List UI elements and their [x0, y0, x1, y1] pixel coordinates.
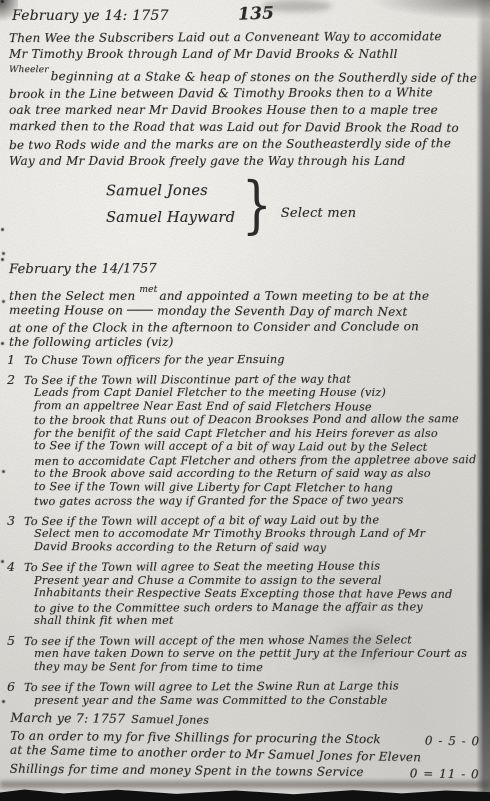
- article-line: to the Brook above said according to the…: [34, 467, 485, 481]
- article-5: 5 To see if the Town will accept of the …: [7, 634, 485, 675]
- article-line: two gates across the way if Granted for …: [34, 493, 485, 508]
- record-line: then the Select men metand appointed a T…: [9, 283, 483, 304]
- account-amount: 0 = 11 - 0: [410, 765, 480, 782]
- record-line: oak tree marked near Mr David Brookes Ho…: [9, 102, 483, 119]
- article-line: they may be Sent for from time to time: [34, 660, 485, 675]
- article-number: 3: [7, 514, 24, 555]
- record-line: the following articles (viz): [9, 335, 483, 350]
- article-line: to See if the Town will accept of a bit …: [34, 439, 485, 454]
- top-right-corner-shadow: [370, 0, 490, 20]
- article-6: 6 To see if the Town will agree to Let t…: [7, 680, 485, 707]
- article-text: To See if the Town will accept of a bit …: [24, 514, 485, 555]
- article-2: 2 To See if the Town will Discontinue pa…: [7, 373, 485, 508]
- selectmen-brace: }: [242, 168, 272, 241]
- way-layout-entry: Then Wee the Subscribers Laid out a Conv…: [9, 29, 483, 169]
- record-line: Way and Mr David Brook freely gave the W…: [9, 153, 483, 170]
- record-line: be two Rods wide and the marks are on th…: [9, 135, 483, 154]
- article-line: To see if the Town will agree to Let the…: [24, 679, 485, 695]
- article-number: 1: [7, 353, 24, 367]
- article-number: 2: [7, 373, 24, 508]
- article-number: 6: [7, 680, 24, 707]
- account-amount: 0 - 5 - 0: [425, 732, 481, 749]
- account-entry-text: Shillings for time and money Spent in th…: [10, 760, 404, 780]
- article-line: to give to the Committee such orders to …: [34, 600, 485, 615]
- article-line: shall think fit when met: [34, 614, 485, 628]
- article-text: To see if the Town will agree to Let the…: [24, 680, 485, 707]
- article-line: To See if the Town will Discontinue part…: [24, 371, 485, 387]
- article-3: 3 To See if the Town will accept of a bi…: [7, 514, 485, 555]
- article-line: Select men to accomodate Mr Timothy Broo…: [34, 527, 485, 541]
- record-line: Wheelerbeginning at a Stake & heap of st…: [9, 62, 483, 87]
- record-line-text: then the Select men: [9, 289, 135, 303]
- record-line: brook in the Line between David & Timoth…: [9, 84, 483, 103]
- record-line: Then Wee the Subscribers Laid out a Conv…: [9, 28, 483, 47]
- article-1: 1 To Chuse Town officers for the year En…: [7, 353, 485, 367]
- record-line: meeting House onmonday the Seventh Day o…: [9, 303, 483, 320]
- article-line: To Chuse Town officers for the year Ensu…: [24, 352, 485, 368]
- record-line: at one of the Clock in the afternoon to …: [9, 319, 483, 336]
- record-line-text: meeting House on: [9, 303, 123, 317]
- account-date: March ye 7: 1757: [10, 710, 125, 726]
- article-line: To See if the Town will agree to Seat th…: [24, 559, 485, 575]
- top-left-corner-shadow: [0, 0, 18, 26]
- interlinear-insertion: Wheeler: [9, 65, 49, 75]
- warrant-articles-list: 1 To Chuse Town officers for the year En…: [7, 353, 485, 713]
- ink-smudge: [262, 0, 332, 12]
- signature-samuel-hayward: Samuel Hayward: [106, 205, 235, 232]
- account-name: Samuel Jones: [131, 713, 209, 727]
- signature-samuel-jones: Samuel Jones: [106, 177, 235, 205]
- article-line: Present year and Chuse a Commite to assi…: [34, 574, 485, 588]
- struck-out-word: [127, 306, 153, 315]
- article-line: for the benifit of the said Capt Fletche…: [34, 427, 485, 441]
- article-line: Inhabitants their Respective Seats Excep…: [34, 586, 485, 601]
- accounts-section: March ye 7: 1757Samuel Jones To an order…: [10, 709, 481, 783]
- article-line: Leads from Capt Daniel Fletcher to the m…: [34, 386, 485, 400]
- article-line: present year and the Same was Committed …: [34, 694, 485, 708]
- article-number: 4: [7, 560, 24, 628]
- right-edge-shadow: [476, 0, 490, 801]
- article-text: To see if the Town will accept of the me…: [24, 634, 485, 675]
- record-line: Mr Timothy Brook through Land of Mr Davi…: [9, 46, 483, 63]
- article-number: 5: [7, 634, 24, 675]
- article-text: To See if the Town will agree to Seat th…: [24, 560, 485, 628]
- bottom-tear-smear: [0, 781, 490, 788]
- selectmen-label: Select men: [281, 206, 356, 221]
- article-4: 4 To See if the Town will agree to Seat …: [7, 560, 485, 628]
- article-text: To See if the Town will Discontinue part…: [24, 373, 485, 508]
- manuscript-page: February ye 14: 1757 135 Then Wee the Su…: [0, 0, 490, 801]
- article-line: to the brook that Runs out of Deacon Bro…: [34, 412, 485, 427]
- warrant-date: February the 14/1757: [9, 260, 483, 277]
- article-line: David Brooks according to the Return of …: [34, 540, 485, 555]
- record-line: marked then to the Road that was Laid ou…: [9, 118, 483, 137]
- signature-names: Samuel Jones Samuel Hayward: [106, 178, 235, 232]
- paper-stain: [330, 630, 390, 660]
- record-line-text: beginning at a Stake & heap of stones on…: [51, 69, 478, 85]
- record-line-text: monday the Seventh Day of march Next: [157, 304, 407, 319]
- article-line: To See if the Town will accept of a bit …: [24, 512, 485, 528]
- article-line: men to accomidate Capt Fletcher and othe…: [34, 453, 485, 468]
- article-line: men have taken Down to serve on the pett…: [34, 647, 485, 661]
- interlinear-insertion: met: [139, 285, 157, 295]
- selectmen-signatures: Samuel Jones Samuel Hayward } Select men: [106, 168, 356, 241]
- article-text: To Chuse Town officers for the year Ensu…: [24, 353, 485, 367]
- record-line-text: and appointed a Town meeting to be at th…: [159, 289, 429, 303]
- town-meeting-warrant: February the 14/1757 then the Select men…: [9, 261, 483, 350]
- article-line: To see if the Town will accept of the me…: [24, 632, 485, 648]
